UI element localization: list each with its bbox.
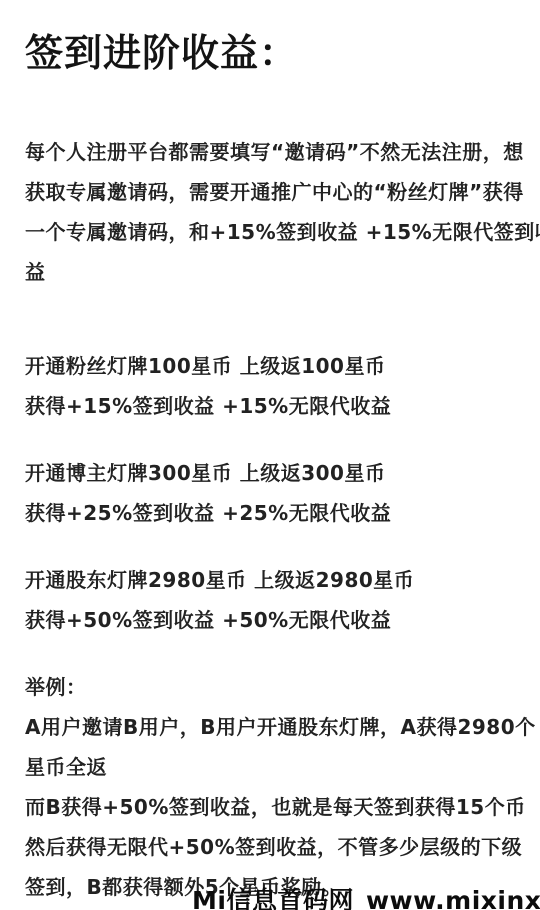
text-line: 每个人注册平台都需要填写“邀请码”不然无法注册，想 bbox=[25, 132, 515, 172]
text-line: 开通博主灯牌300星币 上级返300星币 bbox=[25, 453, 515, 493]
text-line: 获得+50%签到收益 +50%无限代收益 bbox=[25, 600, 515, 640]
watermark-site-name: Mi信息首码网 bbox=[192, 886, 354, 910]
text-line: 获得+25%签到收益 +25%无限代收益 bbox=[25, 493, 515, 533]
text-line: 益 bbox=[25, 252, 515, 292]
text-line: 开通股东灯牌2980星币 上级返2980星币 bbox=[25, 560, 515, 600]
page-title: 签到进阶收益： bbox=[25, 30, 515, 76]
intro-paragraph: 每个人注册平台都需要填写“邀请码”不然无法注册，想 获取专属邀请码，需要开通推广… bbox=[25, 132, 515, 292]
example-paragraph: 举例： A用户邀请B用户，B用户开通股东灯牌，A获得2980个 星币全返 而B获… bbox=[25, 667, 515, 907]
text-line: 星币全返 bbox=[25, 747, 515, 787]
article-page: 签到进阶收益： 每个人注册平台都需要填写“邀请码”不然无法注册，想 获取专属邀请… bbox=[0, 0, 540, 910]
shareholder-badge-tier: 开通股东灯牌2980星币 上级返2980星币 获得+50%签到收益 +50%无限… bbox=[25, 560, 515, 640]
text-line: A用户邀请B用户，B用户开通股东灯牌，A获得2980个 bbox=[25, 707, 515, 747]
text-line: 然后获得无限代+50%签到收益，不管多少层级的下级 bbox=[25, 827, 515, 867]
watermark-url: www.mixinxi.com bbox=[366, 886, 540, 910]
text-line: 一个专属邀请码，和+15%签到收益 +15%无限代签到收 bbox=[25, 212, 515, 252]
text-line: 举例： bbox=[25, 667, 515, 707]
blogger-badge-tier: 开通博主灯牌300星币 上级返300星币 获得+25%签到收益 +25%无限代收… bbox=[25, 453, 515, 533]
text-line: 获得+15%签到收益 +15%无限代收益 bbox=[25, 386, 515, 426]
watermark: Mi信息首码网www.mixinxi.com bbox=[192, 881, 540, 910]
text-line: 获取专属邀请码，需要开通推广中心的“粉丝灯牌”获得 bbox=[25, 172, 515, 212]
text-line: 而B获得+50%签到收益，也就是每天签到获得15个币 bbox=[25, 787, 515, 827]
text-line: 开通粉丝灯牌100星币 上级返100星币 bbox=[25, 346, 515, 386]
fans-badge-tier: 开通粉丝灯牌100星币 上级返100星币 获得+15%签到收益 +15%无限代收… bbox=[25, 346, 515, 426]
